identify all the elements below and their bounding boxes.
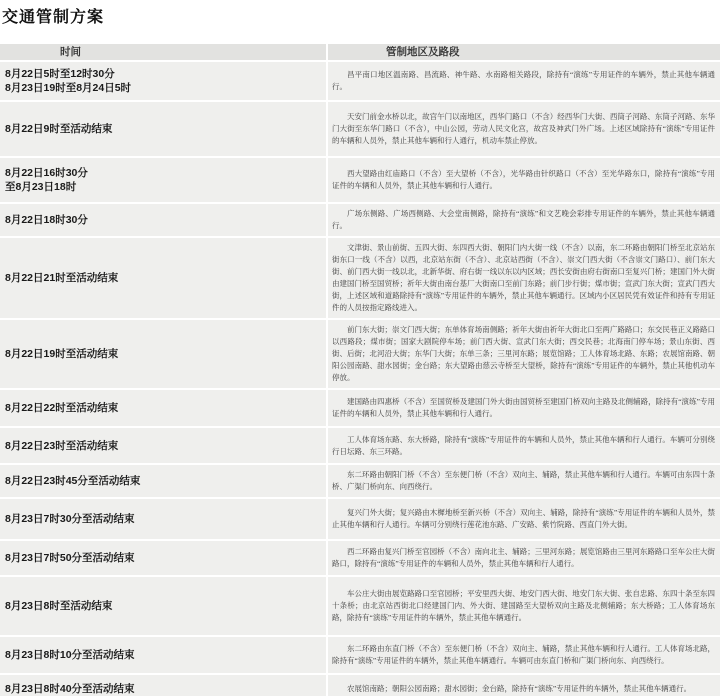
table-row: 8月23日8时10分至活动结束 东二环路由东直门桥（不含）至东便门桥（不含）双向… — [0, 637, 720, 675]
table-row: 8月23日7时30分至活动结束 复兴门外大街；复兴路由木樨地桥至新兴桥（不含）双… — [0, 499, 720, 541]
table-row: 8月22日5时至12时30分 8月23日19时至8月24日5时 昌平南口地区温南… — [0, 62, 720, 102]
area-text: 东二环路由朝阳门桥（不含）至东便门桥（不含）双向主、辅路，禁止其他车辆和行人通行… — [332, 469, 715, 493]
time-cell: 8月23日7时50分至活动结束 — [0, 541, 328, 575]
area-text: 广场东侧路、广场西侧路、大会堂南侧路，除持有“演练”和文艺晚会彩排专用证件的车辆… — [332, 208, 715, 232]
area-cell: 前门东大街；崇文门西大街；东单体育场南侧路；祈年大街由祈年大街北口至两广路路口；… — [328, 320, 720, 388]
time-cell: 8月22日23时至活动结束 — [0, 428, 328, 463]
area-text: 前门东大街；崇文门西大街；东单体育场南侧路；祈年大街由祈年大街北口至两广路路口；… — [332, 324, 715, 384]
time-cell: 8月22日18时30分 — [0, 204, 328, 236]
time-cell: 8月22日16时30分 至8月23日18时 — [0, 158, 328, 202]
time-cell: 8月23日7时30分至活动结束 — [0, 499, 328, 539]
table-body: 8月22日5时至12时30分 8月23日19时至8月24日5时 昌平南口地区温南… — [0, 62, 720, 696]
area-cell: 昌平南口地区温南路、昌流路、神牛路、水南路相关路段，除持有“演练”专用证件的车辆… — [328, 62, 720, 100]
area-text: 东二环路由东直门桥（不含）至东便门桥（不含）双向主、辅路，禁止其他车辆和行人通行… — [332, 643, 715, 667]
area-text: 昌平南口地区温南路、昌流路、神牛路、水南路相关路段，除持有“演练”专用证件的车辆… — [332, 69, 715, 93]
table-row: 8月23日8时40分至活动结束 农展馆南路；朝阳公园南路；甜水园街；金台路，除持… — [0, 675, 720, 696]
time-cell: 8月22日23时45分至活动结束 — [0, 465, 328, 497]
area-cell: 西大望路由红庙路口（不含）至大望桥（不含），光华路由针织路口（不含）至光华路东口… — [328, 158, 720, 202]
area-cell: 西二环路由复兴门桥至官园桥（不含）南向北主、辅路；三里河东路；展览馆路由三里河东… — [328, 541, 720, 575]
time-cell: 8月23日8时10分至活动结束 — [0, 637, 328, 673]
header-time: 时间 — [0, 44, 328, 60]
area-cell: 工人体育场东路、东大桥路，除持有“演练”专用证件的车辆和人员外，禁止其他车辆和行… — [328, 428, 720, 463]
table-row: 8月23日8时至活动结束 车公庄大街由展览路路口至官园桥；平安里西大街、地安门西… — [0, 577, 720, 637]
time-cell: 8月23日8时至活动结束 — [0, 577, 328, 635]
table-row: 8月22日23时45分至活动结束 东二环路由朝阳门桥（不含）至东便门桥（不含）双… — [0, 465, 720, 499]
table-row: 8月22日21时至活动结束 文津街、景山前街、五四大街、东四西大街、朝阳门内大街… — [0, 238, 720, 320]
area-cell: 天安门前金水桥以北，故宫午门以南地区，西华门路口（不含）经西华门大街、西筒子河路… — [328, 102, 720, 156]
area-text: 西大望路由红庙路口（不含）至大望桥（不含），光华路由针织路口（不含）至光华路东口… — [332, 168, 715, 192]
area-text: 天安门前金水桥以北，故宫午门以南地区，西华门路口（不含）经西华门大街、西筒子河路… — [332, 111, 715, 147]
table-row: 8月22日19时至活动结束 前门东大街；崇文门西大街；东单体育场南侧路；祈年大街… — [0, 320, 720, 390]
time-cell: 8月22日19时至活动结束 — [0, 320, 328, 388]
area-cell: 文津街、景山前街、五四大街、东四西大街、朝阳门内大街一线（不含）以南，东二环路由… — [328, 238, 720, 318]
time-cell: 8月22日21时至活动结束 — [0, 238, 328, 318]
table-row: 8月22日18时30分 广场东侧路、广场西侧路、大会堂南侧路，除持有“演练”和文… — [0, 204, 720, 238]
document-page: 交通管制方案 时间 管制地区及路段 8月22日5时至12时30分 8月23日19… — [0, 0, 720, 696]
area-text: 文津街、景山前街、五四大街、东四西大街、朝阳门内大街一线（不含）以南，东二环路由… — [332, 242, 715, 314]
area-text: 西二环路由复兴门桥至官园桥（不含）南向北主、辅路；三里河东路；展览馆路由三里河东… — [332, 546, 715, 570]
traffic-control-table: 时间 管制地区及路段 8月22日5时至12时30分 8月23日19时至8月24日… — [0, 44, 720, 696]
time-cell: 8月22日5时至12时30分 8月23日19时至8月24日5时 — [0, 62, 328, 100]
table-header-row: 时间 管制地区及路段 — [0, 44, 720, 62]
area-cell: 广场东侧路、广场西侧路、大会堂南侧路，除持有“演练”和文艺晚会彩排专用证件的车辆… — [328, 204, 720, 236]
time-cell: 8月23日8时40分至活动结束 — [0, 675, 328, 696]
area-cell: 复兴门外大街；复兴路由木樨地桥至新兴桥（不含）双向主、辅路，除持有“演练”专用证… — [328, 499, 720, 539]
table-row: 8月23日7时50分至活动结束 西二环路由复兴门桥至官园桥（不含）南向北主、辅路… — [0, 541, 720, 577]
area-cell: 农展馆南路；朝阳公园南路；甜水园街；金台路，除持有“演练”专用证件的车辆外，禁止… — [328, 675, 720, 696]
area-text: 建国路由四惠桥（不含）至国贸桥及建国门外大街由国贸桥至建国门桥双向主路及北侧辅路… — [332, 396, 715, 420]
table-row: 8月22日9时至活动结束 天安门前金水桥以北，故宫午门以南地区，西华门路口（不含… — [0, 102, 720, 158]
area-cell: 东二环路由东直门桥（不含）至东便门桥（不含）双向主、辅路，禁止其他车辆和行人通行… — [328, 637, 720, 673]
time-cell: 8月22日22时至活动结束 — [0, 390, 328, 426]
table-row: 8月22日23时至活动结束 工人体育场东路、东大桥路，除持有“演练”专用证件的车… — [0, 428, 720, 465]
table-row: 8月22日16时30分 至8月23日18时 西大望路由红庙路口（不含）至大望桥（… — [0, 158, 720, 204]
area-text: 工人体育场东路、东大桥路，除持有“演练”专用证件的车辆和人员外，禁止其他车辆和行… — [332, 434, 715, 458]
area-text: 复兴门外大街；复兴路由木樨地桥至新兴桥（不含）双向主、辅路，除持有“演练”专用证… — [332, 507, 715, 531]
area-text: 农展馆南路；朝阳公园南路；甜水园街；金台路，除持有“演练”专用证件的车辆外，禁止… — [332, 683, 691, 695]
time-cell: 8月22日9时至活动结束 — [0, 102, 328, 156]
area-cell: 车公庄大街由展览路路口至官园桥；平安里西大街、地安门西大街、地安门东大街、张自忠… — [328, 577, 720, 635]
area-cell: 东二环路由朝阳门桥（不含）至东便门桥（不含）双向主、辅路，禁止其他车辆和行人通行… — [328, 465, 720, 497]
area-text: 车公庄大街由展览路路口至官园桥；平安里西大街、地安门西大街、地安门东大街、张自忠… — [332, 588, 715, 624]
header-area: 管制地区及路段 — [328, 44, 720, 60]
area-cell: 建国路由四惠桥（不含）至国贸桥及建国门外大街由国贸桥至建国门桥双向主路及北侧辅路… — [328, 390, 720, 426]
table-row: 8月22日22时至活动结束 建国路由四惠桥（不含）至国贸桥及建国门外大街由国贸桥… — [0, 390, 720, 428]
page-title: 交通管制方案 — [0, 0, 720, 27]
